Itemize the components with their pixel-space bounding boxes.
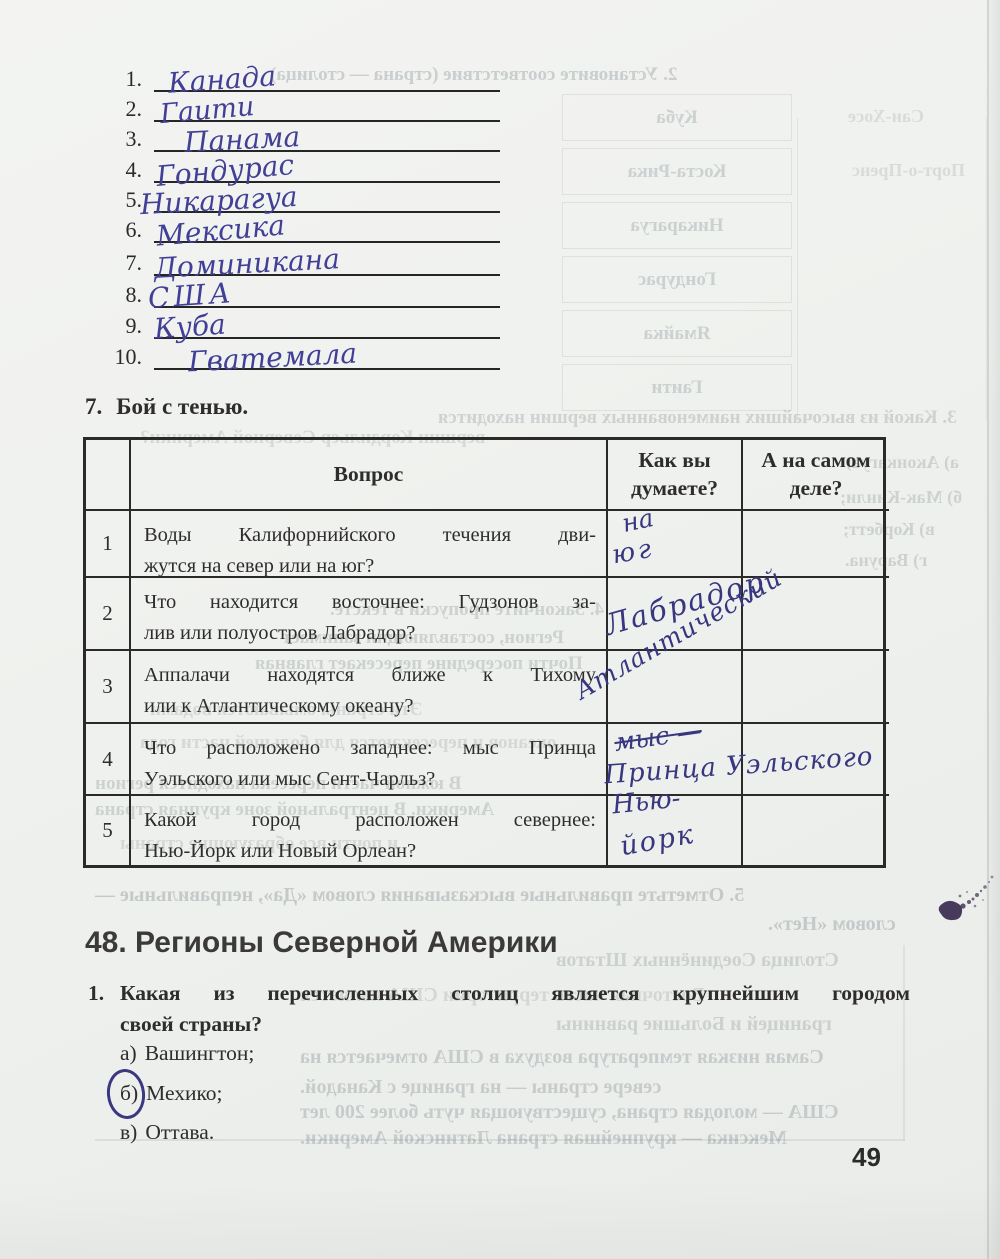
option-label: Мехико;: [146, 1081, 222, 1105]
question-line: Уэльского или мыс Сент-Чарльз?: [144, 764, 596, 795]
question-line: жутся на север или на юг?: [144, 551, 596, 582]
header-cell-question: Вопрос: [131, 440, 608, 511]
question-cell: Воды Калифорнийского течения дви- жутся …: [131, 511, 608, 578]
question-cell: Аппалачи находятся ближе к Тихому или к …: [131, 651, 608, 724]
list-item-number: 10.: [98, 344, 142, 370]
header-cell-number: [86, 440, 131, 511]
list-item-number: 1.: [98, 66, 142, 92]
question-line: Какой город расположен севернее:: [144, 805, 596, 836]
question-line: Воды Калифорнийского течения дви-: [144, 520, 596, 551]
list-item: 7. Доминикана: [98, 246, 500, 276]
bleedthrough-cell: Ямайка: [562, 310, 792, 357]
bleedthrough-cell: Никарагуа: [562, 202, 792, 249]
list-item: 3. Панама: [98, 122, 500, 152]
list-item-number: 7.: [98, 250, 142, 276]
answer-line: Никарагуа: [154, 183, 500, 213]
bleedthrough-cell: Куба: [562, 94, 792, 141]
bleedthrough-cell: Гондурас: [562, 256, 792, 303]
shadow-boxing-table: Вопрос Как вы думаете? А на самом деле? …: [83, 437, 886, 868]
exercise-number: 7.: [85, 394, 102, 419]
answer-line: Канада: [154, 62, 500, 92]
row-number: 2: [86, 578, 131, 651]
exercise-7-heading: 7.Бой с тенью.: [85, 394, 248, 420]
header-cell-think: Как вы думаете?: [608, 440, 743, 511]
option-key: а): [120, 1041, 137, 1065]
list-item-number: 9.: [98, 313, 142, 339]
question-cell: Какой город расположен севернее: Нью-Йор…: [131, 796, 608, 865]
reality-cell: [743, 651, 889, 724]
bleedthrough-text: 5. Отметьте правильные высказывания слов…: [95, 884, 744, 907]
answer-line: Мексика: [154, 213, 500, 243]
bleedthrough-text: США — молодая страна, существующая чуть …: [300, 1101, 839, 1124]
bleedthrough-matching-table: Куба Коста-Рика Никарагуа Гондурас Ямайк…: [562, 94, 792, 418]
question-line: Что находится восточнее: Гудзонов за-: [144, 587, 596, 618]
row-number: 4: [86, 724, 131, 796]
bleedthrough-text: Столица Соединённых Штатов: [556, 949, 839, 972]
answer-line: Гаити: [154, 92, 500, 122]
reality-cell: [743, 796, 889, 865]
list-item-number: 3.: [98, 126, 142, 152]
question-cell: Что находится восточнее: Гудзонов за- ли…: [131, 578, 608, 651]
page-number: 49: [852, 1142, 881, 1173]
list-item: 1. Канада: [98, 62, 500, 92]
page-edge-line: [987, 0, 989, 1259]
bleedthrough-text: севере страны — на границе с Канадой.: [300, 1076, 661, 1099]
option-a: а)Вашингтон;: [120, 1041, 254, 1066]
row-number: 1: [86, 511, 131, 578]
list-item-number: 5.: [98, 187, 142, 213]
question-number: 1.: [88, 981, 104, 1006]
question-line: лив или полуостров Лабрадор?: [144, 618, 596, 649]
list-item: 10. Гватемала: [98, 340, 500, 370]
answer-selection-circle: [104, 1067, 147, 1121]
answer-line: Гондурас: [154, 153, 500, 183]
list-item-number: 8.: [98, 282, 142, 308]
bleedthrough-text: словом «Нет».: [768, 913, 896, 936]
list-item: 8. США: [98, 278, 500, 308]
list-item: 2. Гаити: [98, 92, 500, 122]
bleedthrough-rule: [95, 1139, 905, 1141]
question-line: Что расположено западнее: мыс Принца: [144, 733, 596, 764]
header-cell-reality: А на самом деле?: [743, 440, 889, 511]
answer-line: Гватемала: [154, 340, 500, 370]
option-label: Вашингтон;: [145, 1041, 255, 1065]
list-item-number: 6.: [98, 217, 142, 243]
question-line: Аппалачи находятся ближе к Тихому: [144, 660, 596, 691]
bleedthrough-text: Самая низкая температура воздуха в США о…: [300, 1046, 824, 1069]
list-item-number: 4.: [98, 157, 142, 183]
bleedthrough-rule: [903, 945, 905, 1140]
option-label: Оттава.: [145, 1120, 214, 1144]
list-item: 5. Никарагуа: [98, 183, 500, 213]
bleedthrough-text: 3. Какой из высочайших наименованных вер…: [438, 407, 957, 429]
handwritten-answer: Гватемала: [187, 337, 358, 379]
bleedthrough-cell: Коста-Рика: [562, 148, 792, 195]
list-item: 6. Мексика: [98, 213, 500, 243]
question-line: Нью-Йорк или Новый Орлеан?: [144, 836, 596, 867]
question-line: или к Атлантическому океану?: [144, 691, 596, 722]
option-c: в)Оттава.: [120, 1120, 214, 1145]
answer-line: США: [154, 278, 500, 308]
section-48-heading: 48. Регионы Северной Америки: [85, 926, 558, 960]
bleedthrough-text: Сан-Хосе: [848, 106, 924, 127]
answer-line: Доминикана: [154, 246, 500, 276]
question-text: своей страны?: [120, 1012, 262, 1037]
answer-line: Панама: [154, 122, 500, 152]
row-number: 3: [86, 651, 131, 724]
question-cell: Что расположено западнее: мыс Принца Уэл…: [131, 724, 608, 796]
answer-line: Куба: [154, 309, 500, 339]
list-item-number: 2.: [98, 96, 142, 122]
list-item: 9. Куба: [98, 309, 500, 339]
question-text: Какая из перечисленных столиц является к…: [120, 981, 910, 1006]
workbook-page: 2. Установите соответствие (страна — сто…: [0, 0, 1000, 1259]
bleedthrough-text: Порт-о-Пренс: [852, 160, 965, 181]
bottom-vignette: [0, 1179, 1000, 1259]
bleedthrough-cell: Гаити: [562, 364, 792, 411]
option-key: в): [120, 1120, 137, 1144]
row-number: 5: [86, 796, 131, 865]
bleedthrough-text: границей и Большие равнины: [556, 1013, 832, 1036]
exercise-title: Бой с тенью.: [116, 394, 248, 419]
list-item: 4. Гондурас: [98, 153, 500, 183]
